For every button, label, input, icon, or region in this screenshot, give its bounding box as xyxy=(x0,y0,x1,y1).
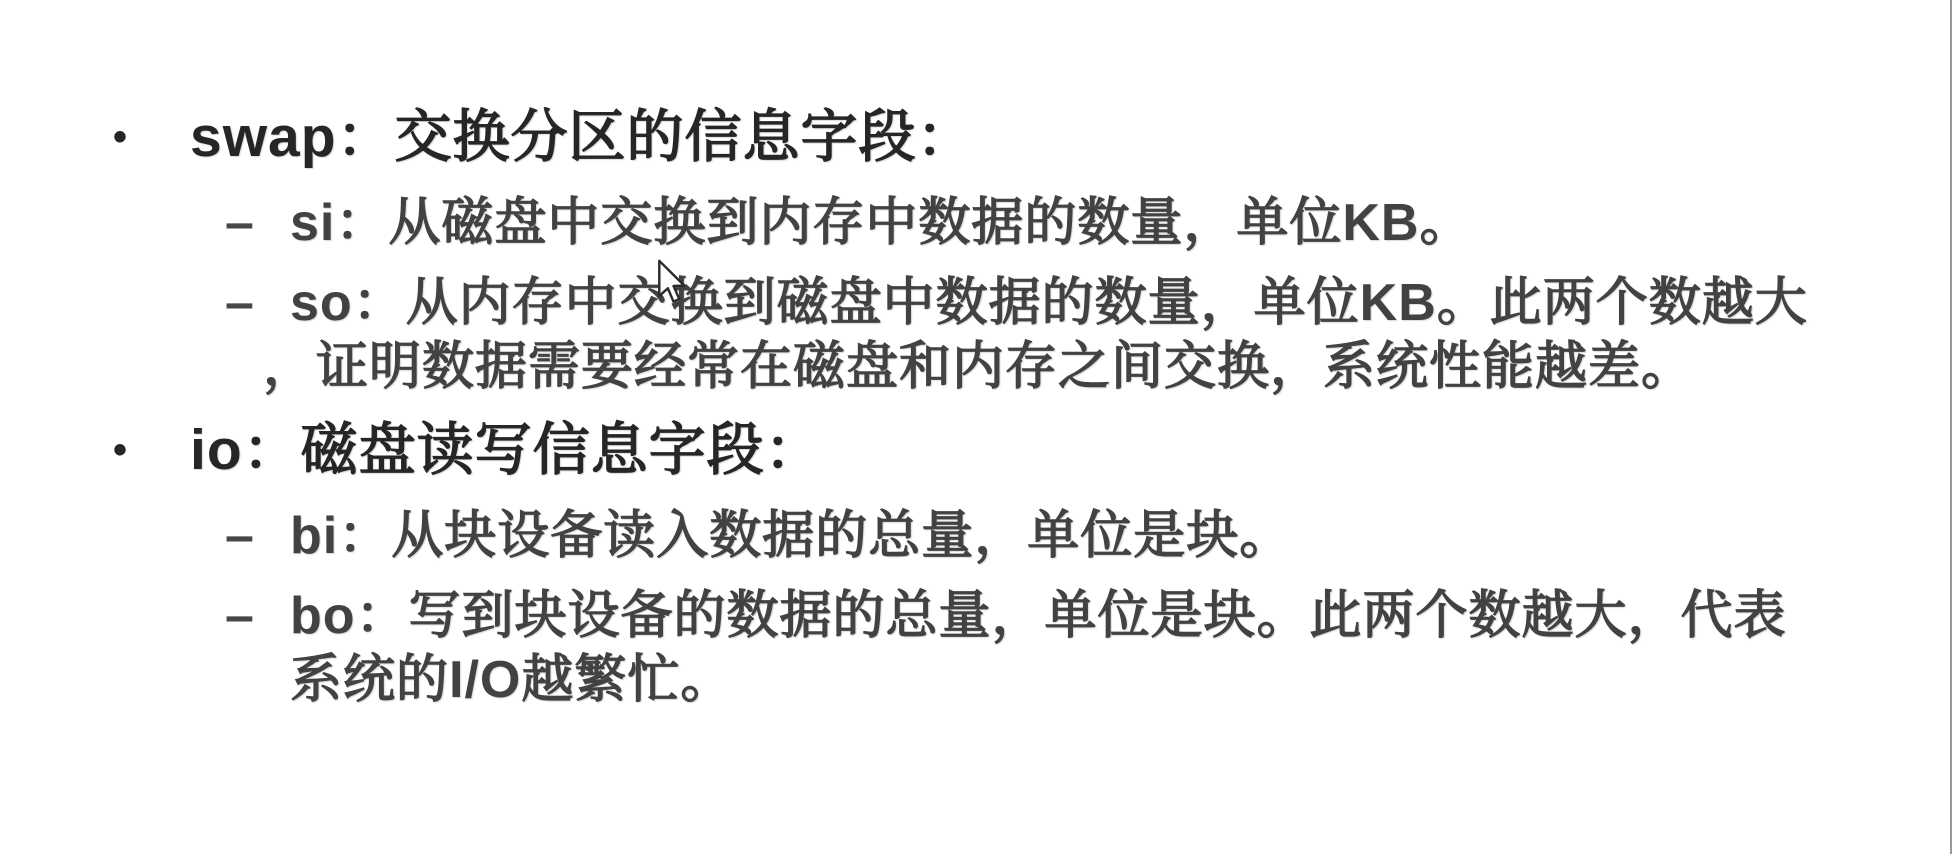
sub-item-si-text: si：从磁盘中交换到内存中数据的数量，单位KB。 xyxy=(290,191,1472,255)
io-sublist: – bi：从块设备读入数据的总量，单位是块。 – bo：写到块设备的数据的总量，… xyxy=(225,504,1920,712)
sub-item-si: – si：从磁盘中交换到内存中数据的数量，单位KB。 xyxy=(225,191,1920,255)
swap-sublist: – si：从磁盘中交换到内存中数据的数量，单位KB。 – so：从内存中交换到磁… xyxy=(225,191,1920,399)
dash-icon: – xyxy=(225,504,290,568)
text-line: bi：从块设备读入数据的总量，单位是块。 xyxy=(290,504,1292,568)
list-item-swap-title: swap：交换分区的信息字段： xyxy=(190,102,975,173)
text-line: 系统的I/O越繁忙。 xyxy=(290,648,1787,712)
sub-item-bi-text: bi：从块设备读入数据的总量，单位是块。 xyxy=(290,504,1292,568)
dash-icon: – xyxy=(225,191,290,255)
sub-item-bi: – bi：从块设备读入数据的总量，单位是块。 xyxy=(225,504,1920,568)
dash-icon: – xyxy=(225,271,290,335)
sub-item-so: – so：从内存中交换到磁盘中数据的数量，单位KB。此两个数越大 ，证明数据需要… xyxy=(225,271,1920,399)
list-item-io-title: io：磁盘读写信息字段： xyxy=(190,415,823,486)
dash-icon: – xyxy=(225,584,290,648)
list-item-io: • io：磁盘读写信息字段： xyxy=(113,415,1920,486)
text-line: ，证明数据需要经常在磁盘和内存之间交换，系统性能越差。 xyxy=(263,335,1808,399)
list-item-swap: • swap：交换分区的信息字段： xyxy=(113,102,1920,173)
slide: • swap：交换分区的信息字段： – si：从磁盘中交换到内存中数据的数量，单… xyxy=(0,0,1952,854)
text-line: si：从磁盘中交换到内存中数据的数量，单位KB。 xyxy=(290,191,1472,255)
text-line: so：从内存中交换到磁盘中数据的数量，单位KB。此两个数越大 xyxy=(290,271,1808,335)
slide-content: • swap：交换分区的信息字段： – si：从磁盘中交换到内存中数据的数量，单… xyxy=(0,0,1950,712)
sub-item-so-text: so：从内存中交换到磁盘中数据的数量，单位KB。此两个数越大 ，证明数据需要经常… xyxy=(290,271,1808,399)
bullet-icon: • xyxy=(113,102,190,173)
sub-item-bo-text: bo：写到块设备的数据的总量，单位是块。此两个数越大，代表 系统的I/O越繁忙。 xyxy=(290,584,1787,712)
sub-item-bo: – bo：写到块设备的数据的总量，单位是块。此两个数越大，代表 系统的I/O越繁… xyxy=(225,584,1920,712)
text-line: bo：写到块设备的数据的总量，单位是块。此两个数越大，代表 xyxy=(290,584,1787,648)
bullet-icon: • xyxy=(113,415,190,486)
